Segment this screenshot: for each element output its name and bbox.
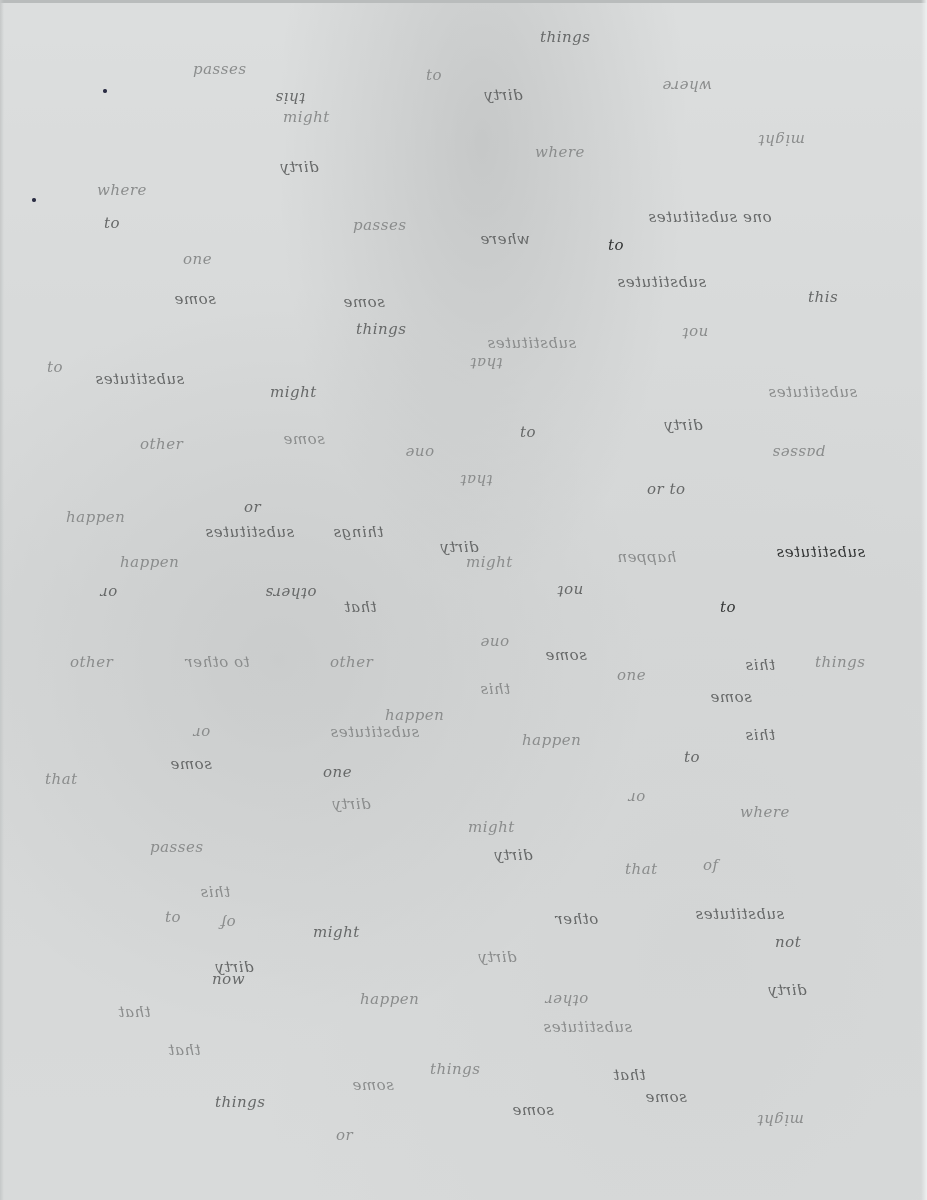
handwritten-word-text: might (758, 132, 805, 147)
handwritten-word: other (330, 655, 373, 670)
handwritten-word: or to (647, 482, 686, 497)
handwritten-word-text: some (710, 690, 752, 705)
handwritten-word-text: happen (120, 553, 179, 571)
handwritten-word-text: to (165, 908, 181, 926)
handwritten-word-text: where (535, 143, 585, 161)
paper-right-edge (921, 0, 927, 1200)
handwritten-word: of (703, 858, 719, 873)
handwritten-word-text: substitutes (543, 1020, 632, 1035)
handwritten-word-text: this (745, 658, 775, 673)
handwritten-word-text: of (703, 856, 719, 874)
handwritten-word: things (215, 1095, 265, 1110)
handwritten-word-text: substitutes (617, 275, 706, 290)
handwritten-word-text: some (283, 432, 325, 447)
handwritten-word: some (352, 1078, 394, 1093)
handwritten-word-text: others (265, 585, 316, 600)
ink-dot (103, 89, 107, 93)
handwritten-word: or (628, 790, 645, 805)
handwritten-word-text: other (70, 653, 113, 671)
handwritten-word: that (118, 1005, 151, 1020)
handwritten-word-text: where (740, 803, 790, 821)
handwritten-word: substitutes (776, 545, 865, 560)
handwritten-word: some (710, 690, 752, 705)
handwritten-word-text: passes (353, 216, 407, 234)
handwritten-word-text: things (815, 653, 865, 671)
handwritten-word-text: dirty (280, 160, 319, 175)
handwritten-word-text: or (628, 790, 645, 805)
handwritten-word: dirty (494, 848, 533, 863)
handwritten-word: dirty (478, 950, 517, 965)
handwritten-word: where (97, 183, 147, 198)
paper-left-edge (0, 0, 4, 1200)
handwritten-word: happen (120, 555, 179, 570)
handwritten-word-text: happen (66, 508, 125, 526)
handwritten-word-text: passes (772, 445, 826, 460)
handwritten-word: happen (360, 992, 419, 1007)
handwritten-word: that (613, 1068, 646, 1083)
handwritten-word: things (815, 655, 865, 670)
handwritten-word: dirty (484, 88, 523, 103)
handwritten-word: some (645, 1090, 687, 1105)
handwritten-word: others (265, 585, 316, 600)
handwritten-word: substitutes (487, 336, 576, 351)
handwritten-word: substitutes (768, 385, 857, 400)
handwritten-word: that (344, 600, 377, 615)
handwritten-word: one (617, 668, 646, 683)
handwritten-word-text: to (720, 598, 736, 616)
handwritten-word: some (174, 292, 216, 307)
handwritten-word-text: one substitutes (648, 210, 772, 225)
handwritten-word: substitutes (205, 525, 294, 540)
handwritten-word-text: now (212, 970, 245, 988)
handwritten-word: not (775, 935, 801, 950)
handwritten-word-text: dirty (478, 950, 517, 965)
handwritten-word: that (45, 772, 78, 787)
handwritten-word: now (212, 972, 245, 987)
handwritten-word: passes (193, 62, 247, 77)
handwritten-word: not (682, 325, 708, 340)
handwritten-word-text: happen (360, 990, 419, 1008)
handwritten-word-text: that (118, 1005, 151, 1020)
handwritten-word: to other (185, 655, 250, 670)
handwritten-word: to (520, 425, 536, 440)
handwritten-word-text: or (100, 585, 117, 600)
handwritten-word-text: that (625, 860, 658, 878)
handwritten-word: things (356, 322, 406, 337)
handwritten-word: might (466, 555, 513, 570)
handwritten-word-text: where (662, 78, 712, 93)
handwritten-word: some (170, 757, 212, 772)
handwritten-word: other (545, 992, 588, 1007)
handwritten-word: where (740, 805, 790, 820)
handwritten-word: passes (150, 840, 204, 855)
handwritten-word: or (193, 725, 210, 740)
handwritten-word-text: substitutes (695, 907, 784, 922)
handwritten-word: or (100, 585, 117, 600)
handwritten-word: one (183, 252, 212, 267)
handwritten-word: substitutes (695, 907, 784, 922)
handwritten-word-text: one (323, 763, 352, 781)
handwritten-word: some (512, 1103, 554, 1118)
handwritten-word-text: one (617, 666, 646, 684)
handwritten-word: things (540, 30, 590, 45)
handwritten-word: things (430, 1062, 480, 1077)
handwritten-word: this (745, 728, 775, 743)
handwritten-word-text: things (356, 320, 406, 338)
ink-dot (32, 198, 36, 202)
handwritten-word-text: some (545, 648, 587, 663)
handwritten-word-text: happen (522, 731, 581, 749)
handwritten-word-text: to (47, 358, 63, 376)
handwritten-word-text: passes (193, 60, 247, 78)
handwritten-word-text: not (682, 325, 708, 340)
handwritten-word-text: one (480, 635, 509, 650)
handwritten-word-text: of (220, 915, 236, 930)
handwritten-word: this (745, 658, 775, 673)
handwritten-word: this (275, 90, 305, 105)
handwritten-word-text: things (215, 1093, 265, 1111)
handwritten-word-text: things (540, 28, 590, 46)
handwritten-word: one (480, 635, 509, 650)
handwritten-word: one substitutes (648, 210, 772, 225)
handwritten-word-text: that (344, 600, 377, 615)
handwritten-word: other (140, 437, 183, 452)
handwritten-word: might (468, 820, 515, 835)
handwritten-word-text: some (352, 1078, 394, 1093)
handwritten-word: substitutes (95, 372, 184, 387)
handwritten-word: some (545, 648, 587, 663)
handwritten-word: other (70, 655, 113, 670)
handwritten-word: not (557, 583, 583, 598)
handwritten-word-text: some (343, 295, 385, 310)
handwritten-word: that (470, 355, 503, 370)
handwritten-word: happen (522, 733, 581, 748)
handwritten-word: substitutes (617, 275, 706, 290)
handwritten-word-text: happen (617, 550, 676, 565)
handwritten-word: happen (617, 550, 676, 565)
handwritten-word-text: that (470, 355, 503, 370)
handwritten-word: might (283, 110, 330, 125)
handwritten-word-text: where (480, 232, 530, 247)
handwritten-word-text: dirty (494, 848, 533, 863)
handwritten-word: might (313, 925, 360, 940)
handwritten-word: of (220, 915, 236, 930)
handwritten-word-text: not (775, 933, 801, 951)
handwritten-word: to (426, 68, 442, 83)
handwritten-word: to (104, 216, 120, 231)
handwritten-word-text: or (244, 498, 261, 516)
handwritten-word-text: might (283, 108, 330, 126)
handwritten-word: some (343, 295, 385, 310)
handwritten-word: to (165, 910, 181, 925)
handwritten-word-text: some (645, 1090, 687, 1105)
handwritten-word-text: that (613, 1068, 646, 1083)
handwritten-word: that (168, 1043, 201, 1058)
handwritten-word-text: dirty (664, 418, 703, 433)
handwritten-word: to (684, 750, 700, 765)
handwritten-word-text: other (545, 992, 588, 1007)
handwritten-word: where (480, 232, 530, 247)
handwritten-word: substitutes (330, 725, 419, 740)
handwritten-word-text: dirty (768, 983, 807, 998)
handwritten-word: this (808, 290, 838, 305)
handwritten-word: or (336, 1128, 353, 1143)
handwritten-word-text: to (520, 423, 536, 441)
handwritten-word-text: where (97, 181, 147, 199)
handwritten-word-text: substitutes (776, 545, 865, 560)
handwritten-word: one (323, 765, 352, 780)
handwritten-word-text: substitutes (487, 336, 576, 351)
handwritten-word-text: this (808, 288, 838, 306)
handwritten-word-text: this (275, 90, 305, 105)
handwritten-word-text: other (330, 653, 373, 671)
handwritten-word-text: to (608, 236, 624, 254)
handwritten-word-text: to (104, 214, 120, 232)
handwritten-word-text: to (426, 66, 442, 84)
handwritten-word-text: to (684, 748, 700, 766)
handwritten-word-text: this (200, 885, 230, 900)
handwritten-word-text: one (405, 445, 434, 460)
handwritten-word-text: substitutes (768, 385, 857, 400)
paper-top-edge (0, 0, 927, 3)
handwritten-word-text: things (333, 525, 383, 540)
handwritten-word: substitutes (543, 1020, 632, 1035)
handwritten-word: to (47, 360, 63, 375)
handwritten-word-text: might (270, 383, 317, 401)
handwritten-word: where (535, 145, 585, 160)
handwritten-word-text: or (193, 725, 210, 740)
handwritten-word-text: substitutes (95, 372, 184, 387)
handwritten-word: dirty (280, 160, 319, 175)
handwritten-word-text: might (468, 818, 515, 836)
handwritten-word-text: some (170, 757, 212, 772)
handwritten-word: to (608, 238, 624, 253)
handwritten-word: this (480, 682, 510, 697)
handwritten-word: that (625, 862, 658, 877)
handwritten-word-text: some (512, 1103, 554, 1118)
handwritten-word-text: that (168, 1043, 201, 1058)
handwritten-word: passes (772, 445, 826, 460)
handwritten-word: this (200, 885, 230, 900)
handwritten-word-text: some (174, 292, 216, 307)
handwritten-word-text: that (460, 472, 493, 487)
handwritten-word: passes (353, 218, 407, 233)
handwritten-word: dirty (332, 797, 371, 812)
handwritten-word-text: other (555, 912, 598, 927)
handwritten-word: or (244, 500, 261, 515)
handwritten-word: dirty (768, 983, 807, 998)
handwritten-word-text: substitutes (330, 725, 419, 740)
handwritten-word-text: or (336, 1126, 353, 1144)
handwritten-word: some (283, 432, 325, 447)
handwritten-word-text: or to (647, 480, 686, 498)
handwritten-word-text: not (557, 583, 583, 598)
handwritten-word-text: passes (150, 838, 204, 856)
handwritten-word-text: dirty (484, 88, 523, 103)
handwritten-word-text: other (140, 435, 183, 453)
handwritten-word-text: this (745, 728, 775, 743)
handwritten-word-text: dirty (332, 797, 371, 812)
handwritten-word-text: this (480, 682, 510, 697)
handwritten-word: happen (66, 510, 125, 525)
handwritten-word-text: that (45, 770, 78, 788)
handwritten-word: other (555, 912, 598, 927)
handwritten-word-text: might (757, 1112, 804, 1127)
handwritten-word-text: happen (385, 706, 444, 724)
handwritten-word-text: might (313, 923, 360, 941)
handwritten-word: might (270, 385, 317, 400)
handwritten-word-text: substitutes (205, 525, 294, 540)
handwritten-word: one (405, 445, 434, 460)
handwritten-word: where (662, 78, 712, 93)
scanned-paper-sheet: thingspassestowheredirtythismightmightwh… (0, 0, 927, 1200)
handwritten-word-text: to other (185, 655, 250, 670)
handwritten-word: might (758, 132, 805, 147)
handwritten-word-text: things (430, 1060, 480, 1078)
handwritten-word: to (720, 600, 736, 615)
handwritten-word: things (333, 525, 383, 540)
handwritten-word: happen (385, 708, 444, 723)
handwritten-word-text: one (183, 250, 212, 268)
handwritten-word-text: might (466, 553, 513, 571)
handwritten-word: dirty (664, 418, 703, 433)
handwritten-word: might (757, 1112, 804, 1127)
handwritten-word: that (460, 472, 493, 487)
